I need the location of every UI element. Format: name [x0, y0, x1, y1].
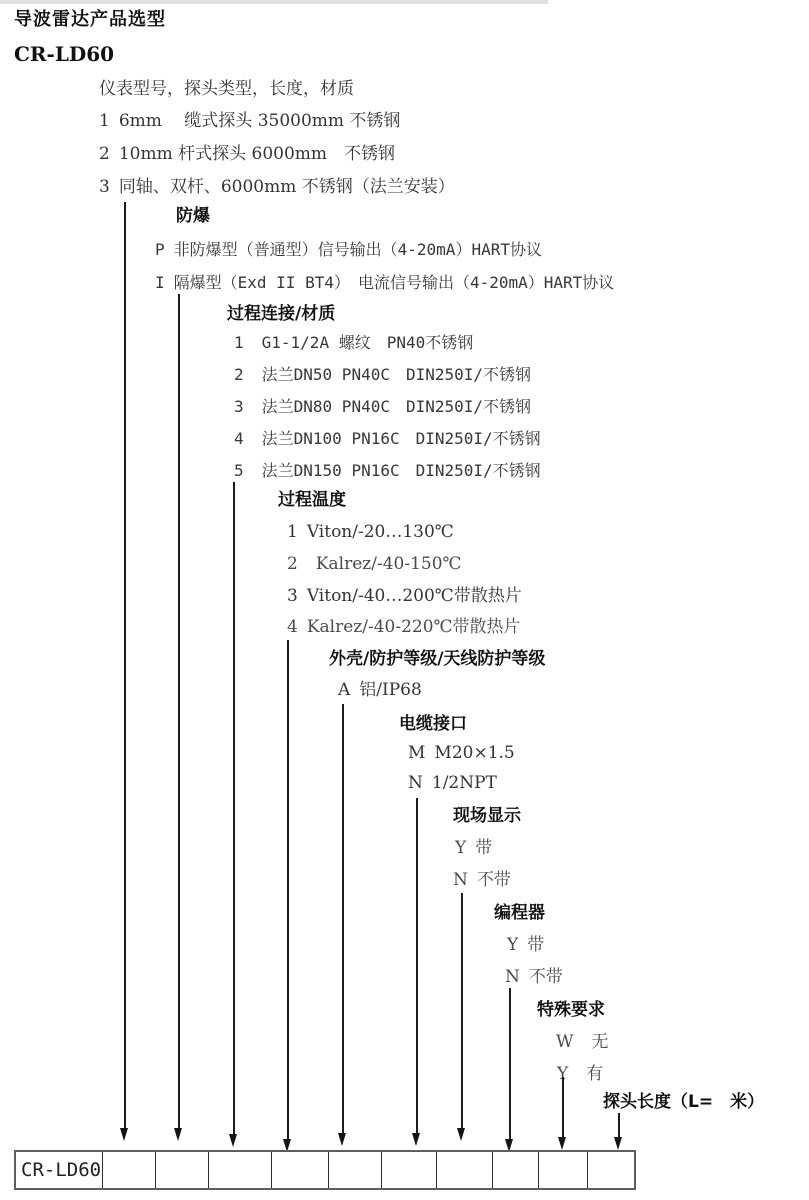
- group-header-programmer: 编程器: [494, 902, 545, 924]
- option-label: 无: [591, 1032, 608, 1052]
- option-label: 带: [527, 935, 544, 955]
- option-row: Y带: [507, 934, 544, 956]
- order-table-cell-6: [381, 1152, 436, 1188]
- order-table-cell-4: [271, 1152, 328, 1188]
- arrow-down-icon: [614, 1137, 622, 1150]
- option-label: Viton/-40…200℃带散热片: [307, 586, 522, 606]
- option-row: 2法兰DN50 PN40C DIN250I/不锈钢: [234, 364, 531, 386]
- option-row: 3同轴、双杆、6000mm 不锈钢（法兰安装）: [99, 176, 455, 198]
- arrow-down-icon: [120, 1128, 128, 1141]
- page-title: 导波雷达产品选型: [14, 5, 166, 31]
- option-label: 不带: [477, 870, 511, 890]
- arrow-down-icon: [457, 1128, 465, 1141]
- option-code: 1: [287, 521, 298, 543]
- option-code: Y: [507, 934, 518, 956]
- option-code: 4: [234, 428, 244, 450]
- option-label: Kalrez/-40-220℃带散热片: [307, 617, 521, 637]
- option-row: 16mm 缆式探头 35000mm 不锈钢: [99, 110, 400, 132]
- option-label: 带: [475, 838, 492, 858]
- order-code-table: CR-LD60: [14, 1150, 636, 1190]
- option-code: Y: [455, 837, 466, 859]
- option-row: A铝/IP68: [338, 679, 422, 701]
- option-label: 铝/IP68: [359, 680, 422, 700]
- group-header-probe-length: 探头长度（L= 米）: [603, 1091, 764, 1113]
- option-label: 法兰DN100 PN16C DIN250I/不锈钢: [262, 429, 541, 448]
- order-table-cell-1: [102, 1152, 155, 1188]
- option-row: I隔爆型（Exd II BT4） 电流信号输出（4-20mA）HART协议: [155, 272, 614, 294]
- option-row: W无: [556, 1031, 608, 1053]
- arrow-down-icon: [338, 1133, 346, 1146]
- connector-line-6: [416, 798, 418, 1133]
- option-code: P: [155, 239, 165, 261]
- option-row: 2Kalrez/-40-150℃: [287, 553, 462, 575]
- scan-artifact: [0, 0, 548, 4]
- option-code: N: [453, 869, 468, 891]
- arrow-down-icon: [558, 1137, 566, 1150]
- group-header-special-requirements: 特殊要求: [537, 999, 605, 1021]
- order-table-cell-2: [155, 1152, 208, 1188]
- option-row: 1G1-1/2A 螺纹 PN40不锈钢: [234, 332, 473, 354]
- group-header-instrument-type: 仪表型号，探头类型，长度，材质: [99, 78, 354, 100]
- connector-line-4: [287, 640, 289, 1139]
- group-header-cable-entry: 电缆接口: [399, 713, 467, 735]
- option-label: M20×1.5: [434, 743, 514, 763]
- connector-line-5: [342, 704, 344, 1133]
- order-table-cell-5: [328, 1152, 381, 1188]
- option-label: 同轴、双杆、6000mm 不锈钢（法兰安装）: [119, 177, 455, 197]
- arrow-down-icon: [412, 1133, 420, 1146]
- option-row: MM20×1.5: [408, 742, 515, 764]
- group-header-local-display: 现场显示: [453, 805, 521, 827]
- option-row: 210mm 杆式探头 6000mm 不锈钢: [99, 143, 395, 165]
- option-row: 5法兰DN150 PN16C DIN250I/不锈钢: [234, 460, 541, 482]
- option-code: N: [408, 772, 423, 794]
- option-code: A: [338, 679, 350, 701]
- connector-line-1: [124, 202, 126, 1128]
- option-label: 不带: [529, 967, 563, 987]
- option-code: 3: [99, 176, 110, 198]
- group-header-housing-protection: 外壳/防护等级/天线防护等级: [329, 648, 545, 670]
- order-table-model-cell: CR-LD60: [16, 1152, 102, 1188]
- option-code: 3: [234, 396, 244, 418]
- group-header-process-temperature: 过程温度: [278, 489, 346, 511]
- option-label: G1-1/2A 螺纹 PN40不锈钢: [262, 333, 474, 352]
- option-row: Y带: [455, 837, 492, 859]
- connector-line-7: [461, 893, 463, 1128]
- option-row: N1/2NPT: [408, 772, 497, 794]
- order-table-cell-9: [538, 1152, 587, 1188]
- order-table-cell-3: [208, 1152, 271, 1188]
- option-label: 非防爆型（普通型）信号输出（4-20mA）HART协议: [174, 240, 542, 259]
- option-code: 4: [287, 616, 298, 638]
- option-label: 法兰DN150 PN16C DIN250I/不锈钢: [262, 461, 541, 480]
- option-label: Kalrez/-40-150℃: [316, 554, 462, 574]
- connector-line-3: [233, 482, 235, 1134]
- option-label: 法兰DN80 PN40C DIN250I/不锈钢: [262, 397, 531, 416]
- option-label: 10mm 杆式探头 6000mm 不锈钢: [119, 144, 395, 164]
- group-header-process-connection: 过程连接/材质: [227, 303, 335, 325]
- option-row: N不带: [453, 869, 511, 891]
- option-label: 6mm 缆式探头 35000mm 不锈钢: [119, 111, 401, 131]
- option-row: 4法兰DN100 PN16C DIN250I/不锈钢: [234, 428, 541, 450]
- option-label: 1/2NPT: [432, 773, 497, 793]
- option-row: 3Viton/-40…200℃带散热片: [287, 585, 522, 607]
- model-code-heading: CR-LD60: [14, 42, 114, 66]
- option-row: N不带: [505, 966, 563, 988]
- option-code: 5: [234, 460, 244, 482]
- option-label: 有: [586, 1064, 603, 1084]
- order-table-cell-8: [492, 1152, 538, 1188]
- option-row: 1Viton/-20…130℃: [287, 521, 454, 543]
- option-code: I: [155, 272, 165, 294]
- connector-line-9: [562, 1077, 564, 1137]
- order-table-cell-7: [436, 1152, 492, 1188]
- option-label: 法兰DN50 PN40C DIN250I/不锈钢: [262, 365, 531, 384]
- option-code: W: [556, 1031, 573, 1053]
- option-code: M: [408, 742, 425, 764]
- connector-line-8: [509, 988, 511, 1139]
- option-code: 3: [287, 585, 298, 607]
- connector-line-10: [618, 1113, 620, 1137]
- arrow-down-icon: [229, 1134, 237, 1147]
- option-code: 2: [99, 143, 110, 165]
- group-header-explosion-proof: 防爆: [176, 205, 210, 227]
- option-code: 1: [99, 110, 110, 132]
- option-row: 4Kalrez/-40-220℃带散热片: [287, 616, 521, 638]
- option-row: 3法兰DN80 PN40C DIN250I/不锈钢: [234, 396, 531, 418]
- option-row: P非防爆型（普通型）信号输出（4-20mA）HART协议: [155, 239, 542, 261]
- connector-line-2: [178, 294, 180, 1128]
- option-code: 2: [287, 553, 298, 575]
- arrow-down-icon: [174, 1128, 182, 1141]
- option-code: 1: [234, 332, 244, 354]
- datasheet-page: 导波雷达产品选型 CR-LD60 仪表型号，探头类型，长度，材质 16mm 缆式…: [0, 0, 809, 1200]
- order-table-cell-10: [587, 1152, 634, 1188]
- option-code: N: [505, 966, 520, 988]
- option-label: Viton/-20…130℃: [307, 522, 454, 542]
- option-code: 2: [234, 364, 244, 386]
- option-label: 隔爆型（Exd II BT4） 电流信号输出（4-20mA）HART协议: [174, 273, 615, 292]
